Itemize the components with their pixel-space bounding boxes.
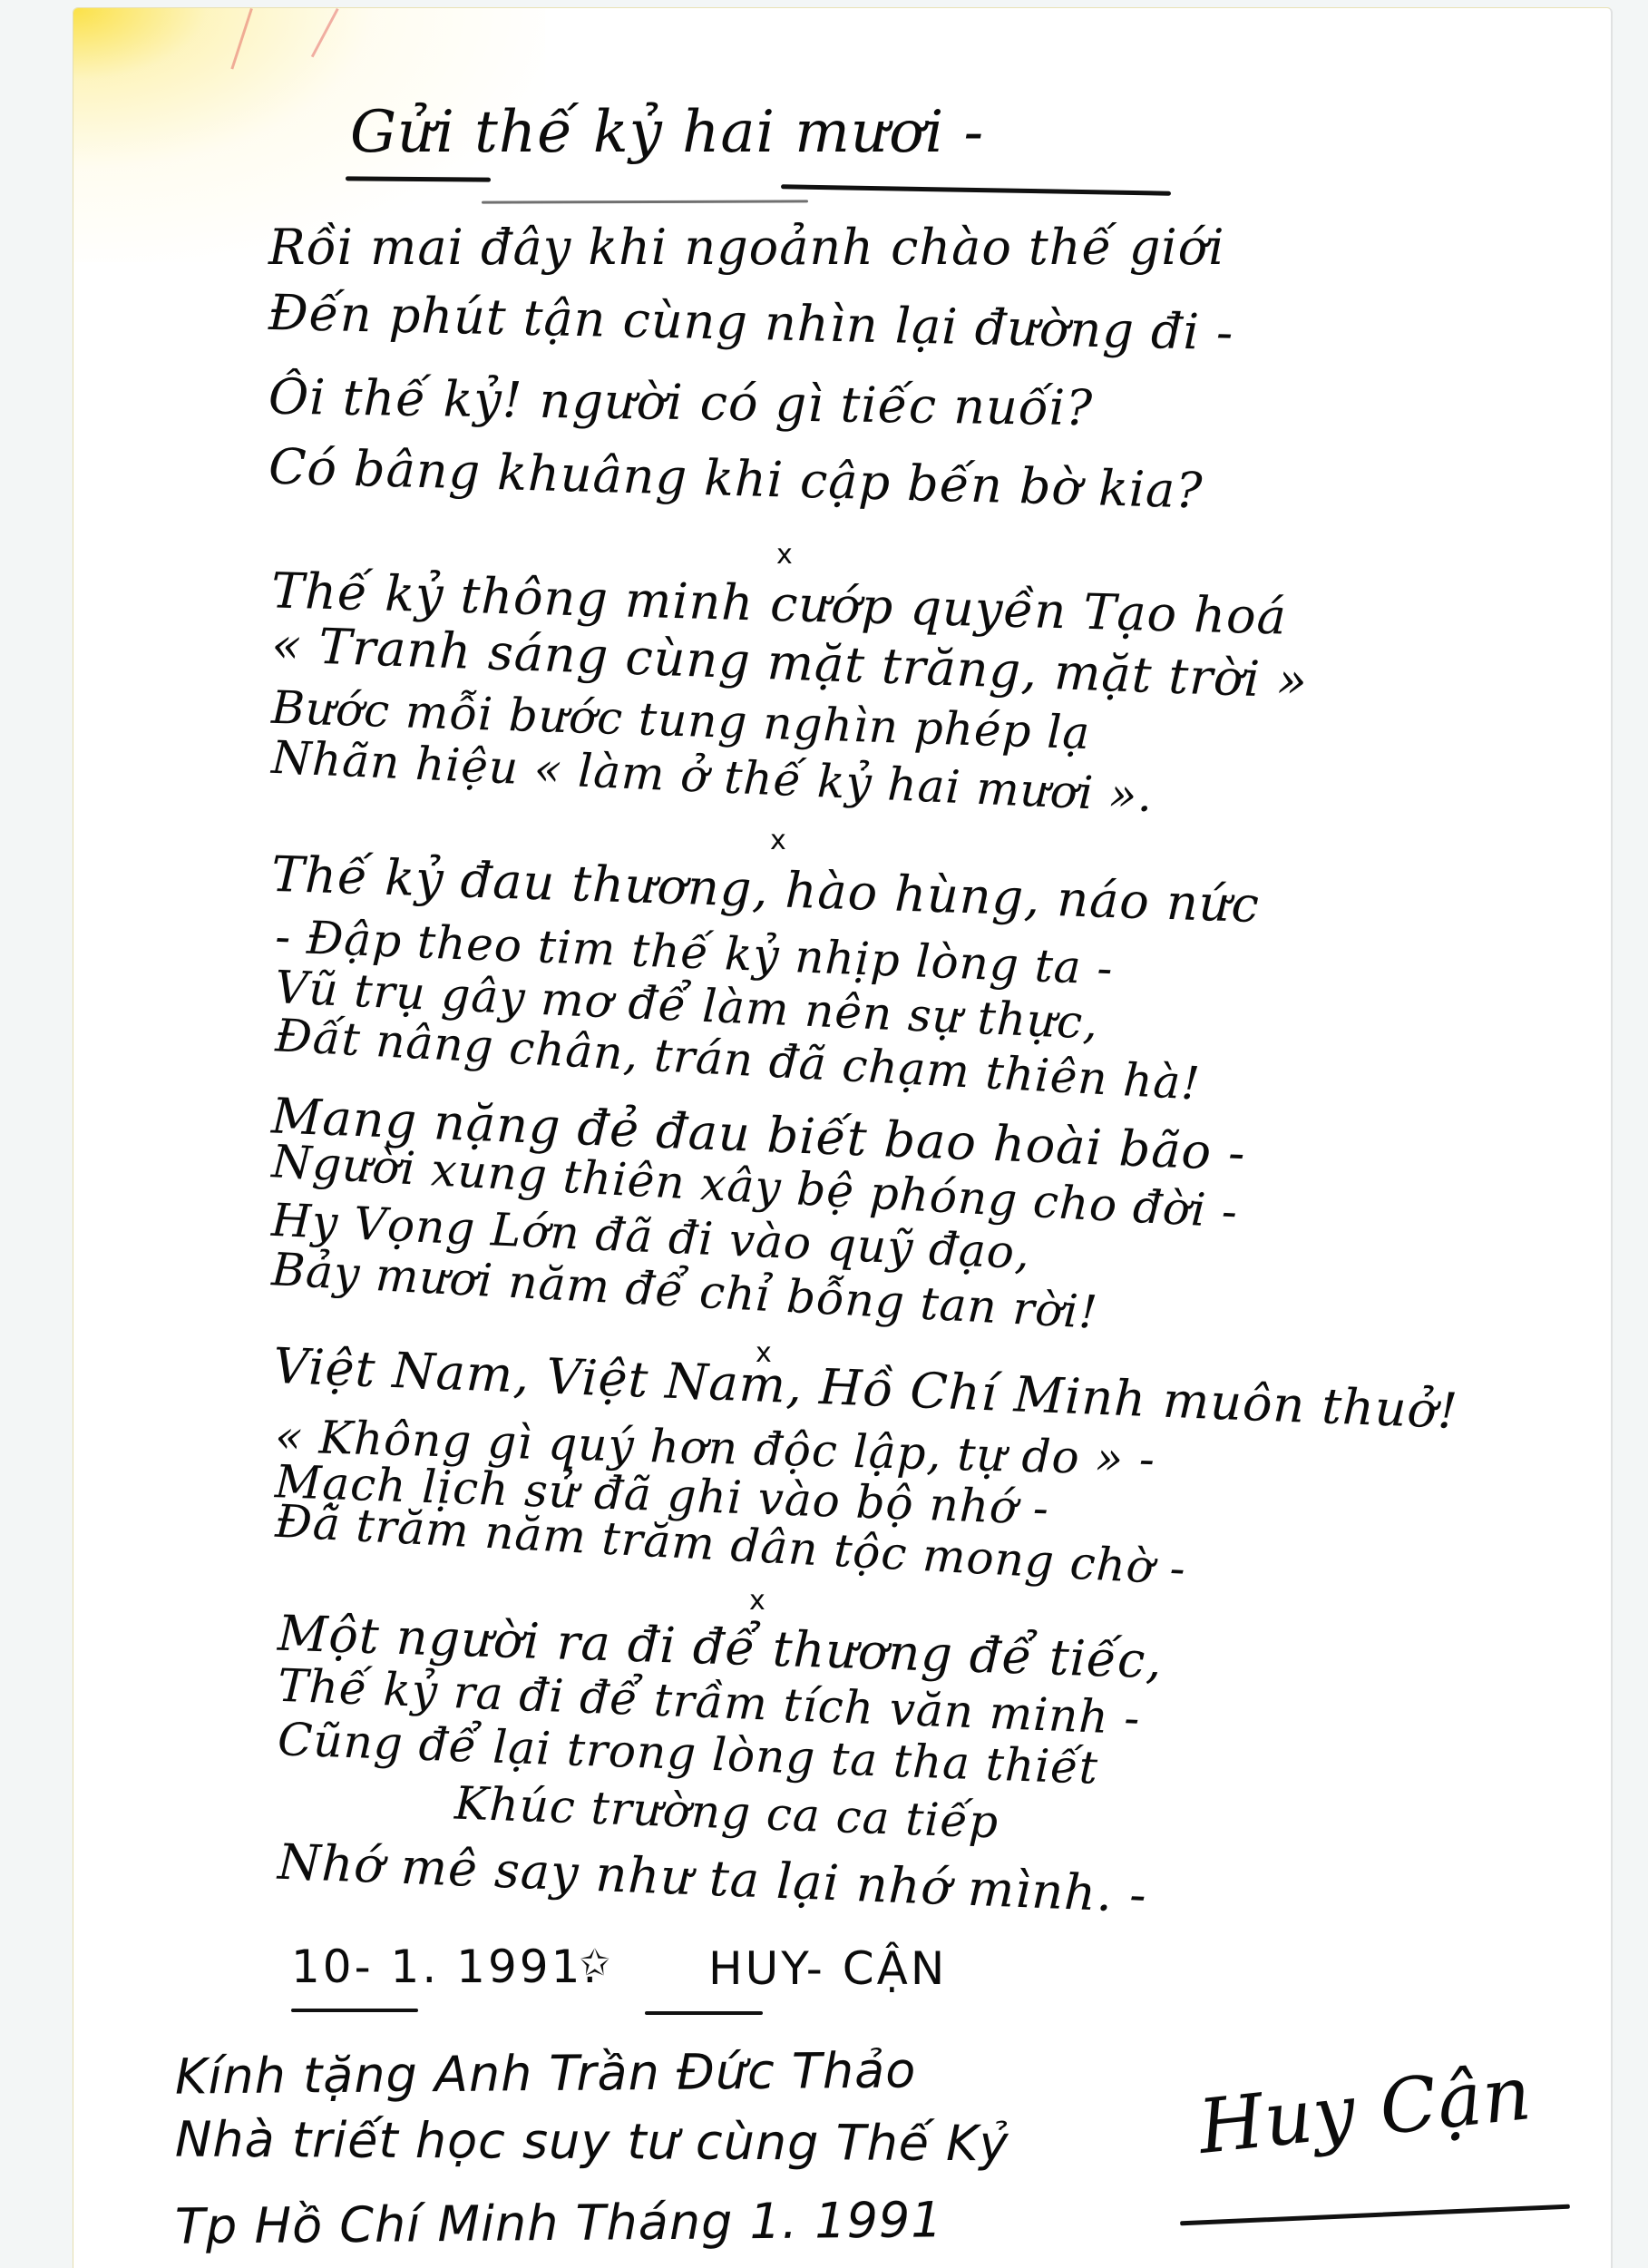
poem-line: Ôi thế kỷ! người có gì tiếc nuối? [268,368,1094,437]
poem-line: Nhớ mê say như ta lại nhớ mình. - [277,1833,1148,1924]
stanza-separator: x [776,539,793,571]
title-underline [346,176,491,181]
dedication-line: Kính tặng Anh Trần Đức Thảo [175,2041,917,2105]
star-icon: ✩ [580,1942,610,1984]
poem-line: Đến phút tận cùng nhìn lại đường đi - [268,284,1234,361]
dedication-line: Nhà triết học suy tư cùng Thế Kỷ [175,2111,1009,2173]
poem-line: Có bâng khuâng khi cập bến bờ kia? [268,438,1204,520]
title-underline [482,200,808,203]
poem-author: HUY- CẬN [708,1942,947,1995]
signature-underline [1180,2204,1570,2226]
date-underline [291,2009,418,2012]
title-underline [781,184,1171,196]
stanza-separator: x [749,1585,765,1617]
manuscript-page: Gửi thế kỷ hai mươi - Rồi mai đây khi ng… [73,7,1613,2268]
poem-line: Rồi mai đây khi ngoảnh chào thế giới [268,219,1225,276]
red-pencil-mark [230,8,252,70]
red-pencil-mark [311,8,339,57]
author-signature: Huy Cận [1195,2050,1536,2171]
poem-title: Gửi thế kỷ hai mươi - [350,99,984,166]
author-underline [645,2011,763,2015]
poem-date: 10- 1. 1991. [291,1941,600,1993]
dedication-line: Tp Hồ Chí Minh Tháng 1. 1991 [175,2191,943,2254]
stanza-separator: x [770,825,786,856]
